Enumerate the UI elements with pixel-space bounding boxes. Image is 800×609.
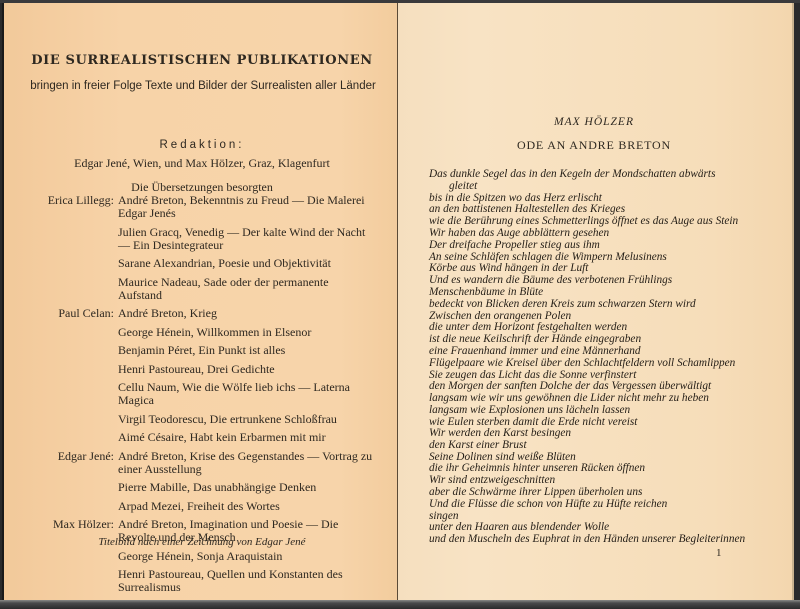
translator-group: Erica Lillegg: André Breton, Bekenntnis … <box>14 194 374 307</box>
redaktion-heading: Redaktion: <box>4 139 400 151</box>
poem-author: MAX HÖLZER <box>398 116 790 128</box>
translated-work: André Breton, Krieg <box>118 307 374 320</box>
poem-line: gleitet <box>429 181 769 193</box>
publication-subtitle: bringen in freier Folge Texte und Bilder… <box>28 79 378 94</box>
translator-name: Paul Celan: <box>14 307 118 450</box>
translated-work: Benjamin Péret, Ein Punkt ist alles <box>118 344 374 357</box>
translated-work: Henri Pastoureau, Quellen und Konstanten… <box>118 568 374 594</box>
poem-title: ODE AN ANDRE BRETON <box>398 138 790 153</box>
cover-image-caption: Titelbild nach einer Zeichnung von Edgar… <box>4 536 400 548</box>
translated-work: André Breton, Krise des Gegenstandes — V… <box>118 450 374 476</box>
translated-work: Virgil Teodorescu, Die ertrunkene Schloß… <box>118 413 374 426</box>
translator-name: Max Hölzer: <box>14 518 118 600</box>
poem-line: Das dunkle Segel das in den Kegeln der M… <box>429 169 769 181</box>
translated-work: Julien Gracq, Venedig — Der kalte Wind d… <box>118 226 374 252</box>
page-number: 1 <box>716 547 722 559</box>
poem-line: Menschenbäume in Blüte <box>429 287 769 299</box>
poem-line: langsam wie Explosionen uns lächeln lass… <box>429 405 769 417</box>
book-spread: DIE SURREALISTISCHEN PUBLIKATIONEN bring… <box>0 0 800 609</box>
right-page: MAX HÖLZER ODE AN ANDRE BRETON Das dunkl… <box>398 3 794 603</box>
translated-work: André Breton, Bekenntnis zu Freud — Die … <box>118 194 374 220</box>
translated-work: Arpad Mezei, Freiheit des Wortes <box>118 500 374 513</box>
translated-work: George Hénein, Sonja Araquistain <box>118 550 374 563</box>
translator-group: Max Hölzer: André Breton, Imagination un… <box>14 518 374 600</box>
poem-line: Der dreifache Propeller stieg aus ihm <box>429 240 769 252</box>
translated-work: Sarane Alexandrian, Poesie und Objektivi… <box>118 257 374 270</box>
left-page: DIE SURREALISTISCHEN PUBLIKATIONEN bring… <box>2 3 398 603</box>
translator-name: Edgar Jené: <box>14 450 118 519</box>
poem-line: Und die Flüsse die schon von Hüfte zu Hü… <box>429 499 769 511</box>
translated-work: George Hénein, Willkommen in Elsenor <box>118 326 374 339</box>
poem-line: aber die Schwärme ihrer Lippen überholen… <box>429 487 769 499</box>
translated-work: Henri Pastoureau, Drei Gedichte <box>118 363 374 376</box>
poem-line: und den Muscheln des Euphrat in den Händ… <box>429 534 769 546</box>
translated-work: Aimé Césaire, Habt kein Erbarmen mit mir <box>118 431 374 444</box>
translated-work: Cellu Naum, Wie die Wölfe lieb ichs — La… <box>118 381 374 407</box>
translator-name: Erica Lillegg: <box>14 194 118 307</box>
poem-line: eine Frauenhand immer und eine Männerhan… <box>429 346 769 358</box>
translated-work: Maurice Nadeau, Sade oder der permanente… <box>118 276 374 302</box>
translated-work: Pierre Mabille, Das unabhängige Denken <box>118 481 374 494</box>
book-bottom-edge <box>0 600 800 609</box>
publication-title: DIE SURREALISTISCHEN PUBLIKATIONEN <box>4 53 400 68</box>
translator-group: Paul Celan: André Breton, Krieg George H… <box>14 307 374 450</box>
poem-line: Wir haben das Auge abblättern gesehen <box>429 228 769 240</box>
redaktion-text: Edgar Jené, Wien, und Max Hölzer, Graz, … <box>4 156 400 171</box>
poem-line: Flügelpaare wie Kreisel über den Schlach… <box>429 358 769 370</box>
translator-group: Edgar Jené: André Breton, Krise des Gege… <box>14 450 374 519</box>
poem-line: den Karst einer Brust <box>429 440 769 452</box>
poem-line: bedeckt von Blicken deren Kreis zum schw… <box>429 299 769 311</box>
poem-stanza-2: Wir werden den Karst besingen den Karst … <box>429 428 769 546</box>
poem-stanza-1: Das dunkle Segel das in den Kegeln der M… <box>429 169 769 429</box>
